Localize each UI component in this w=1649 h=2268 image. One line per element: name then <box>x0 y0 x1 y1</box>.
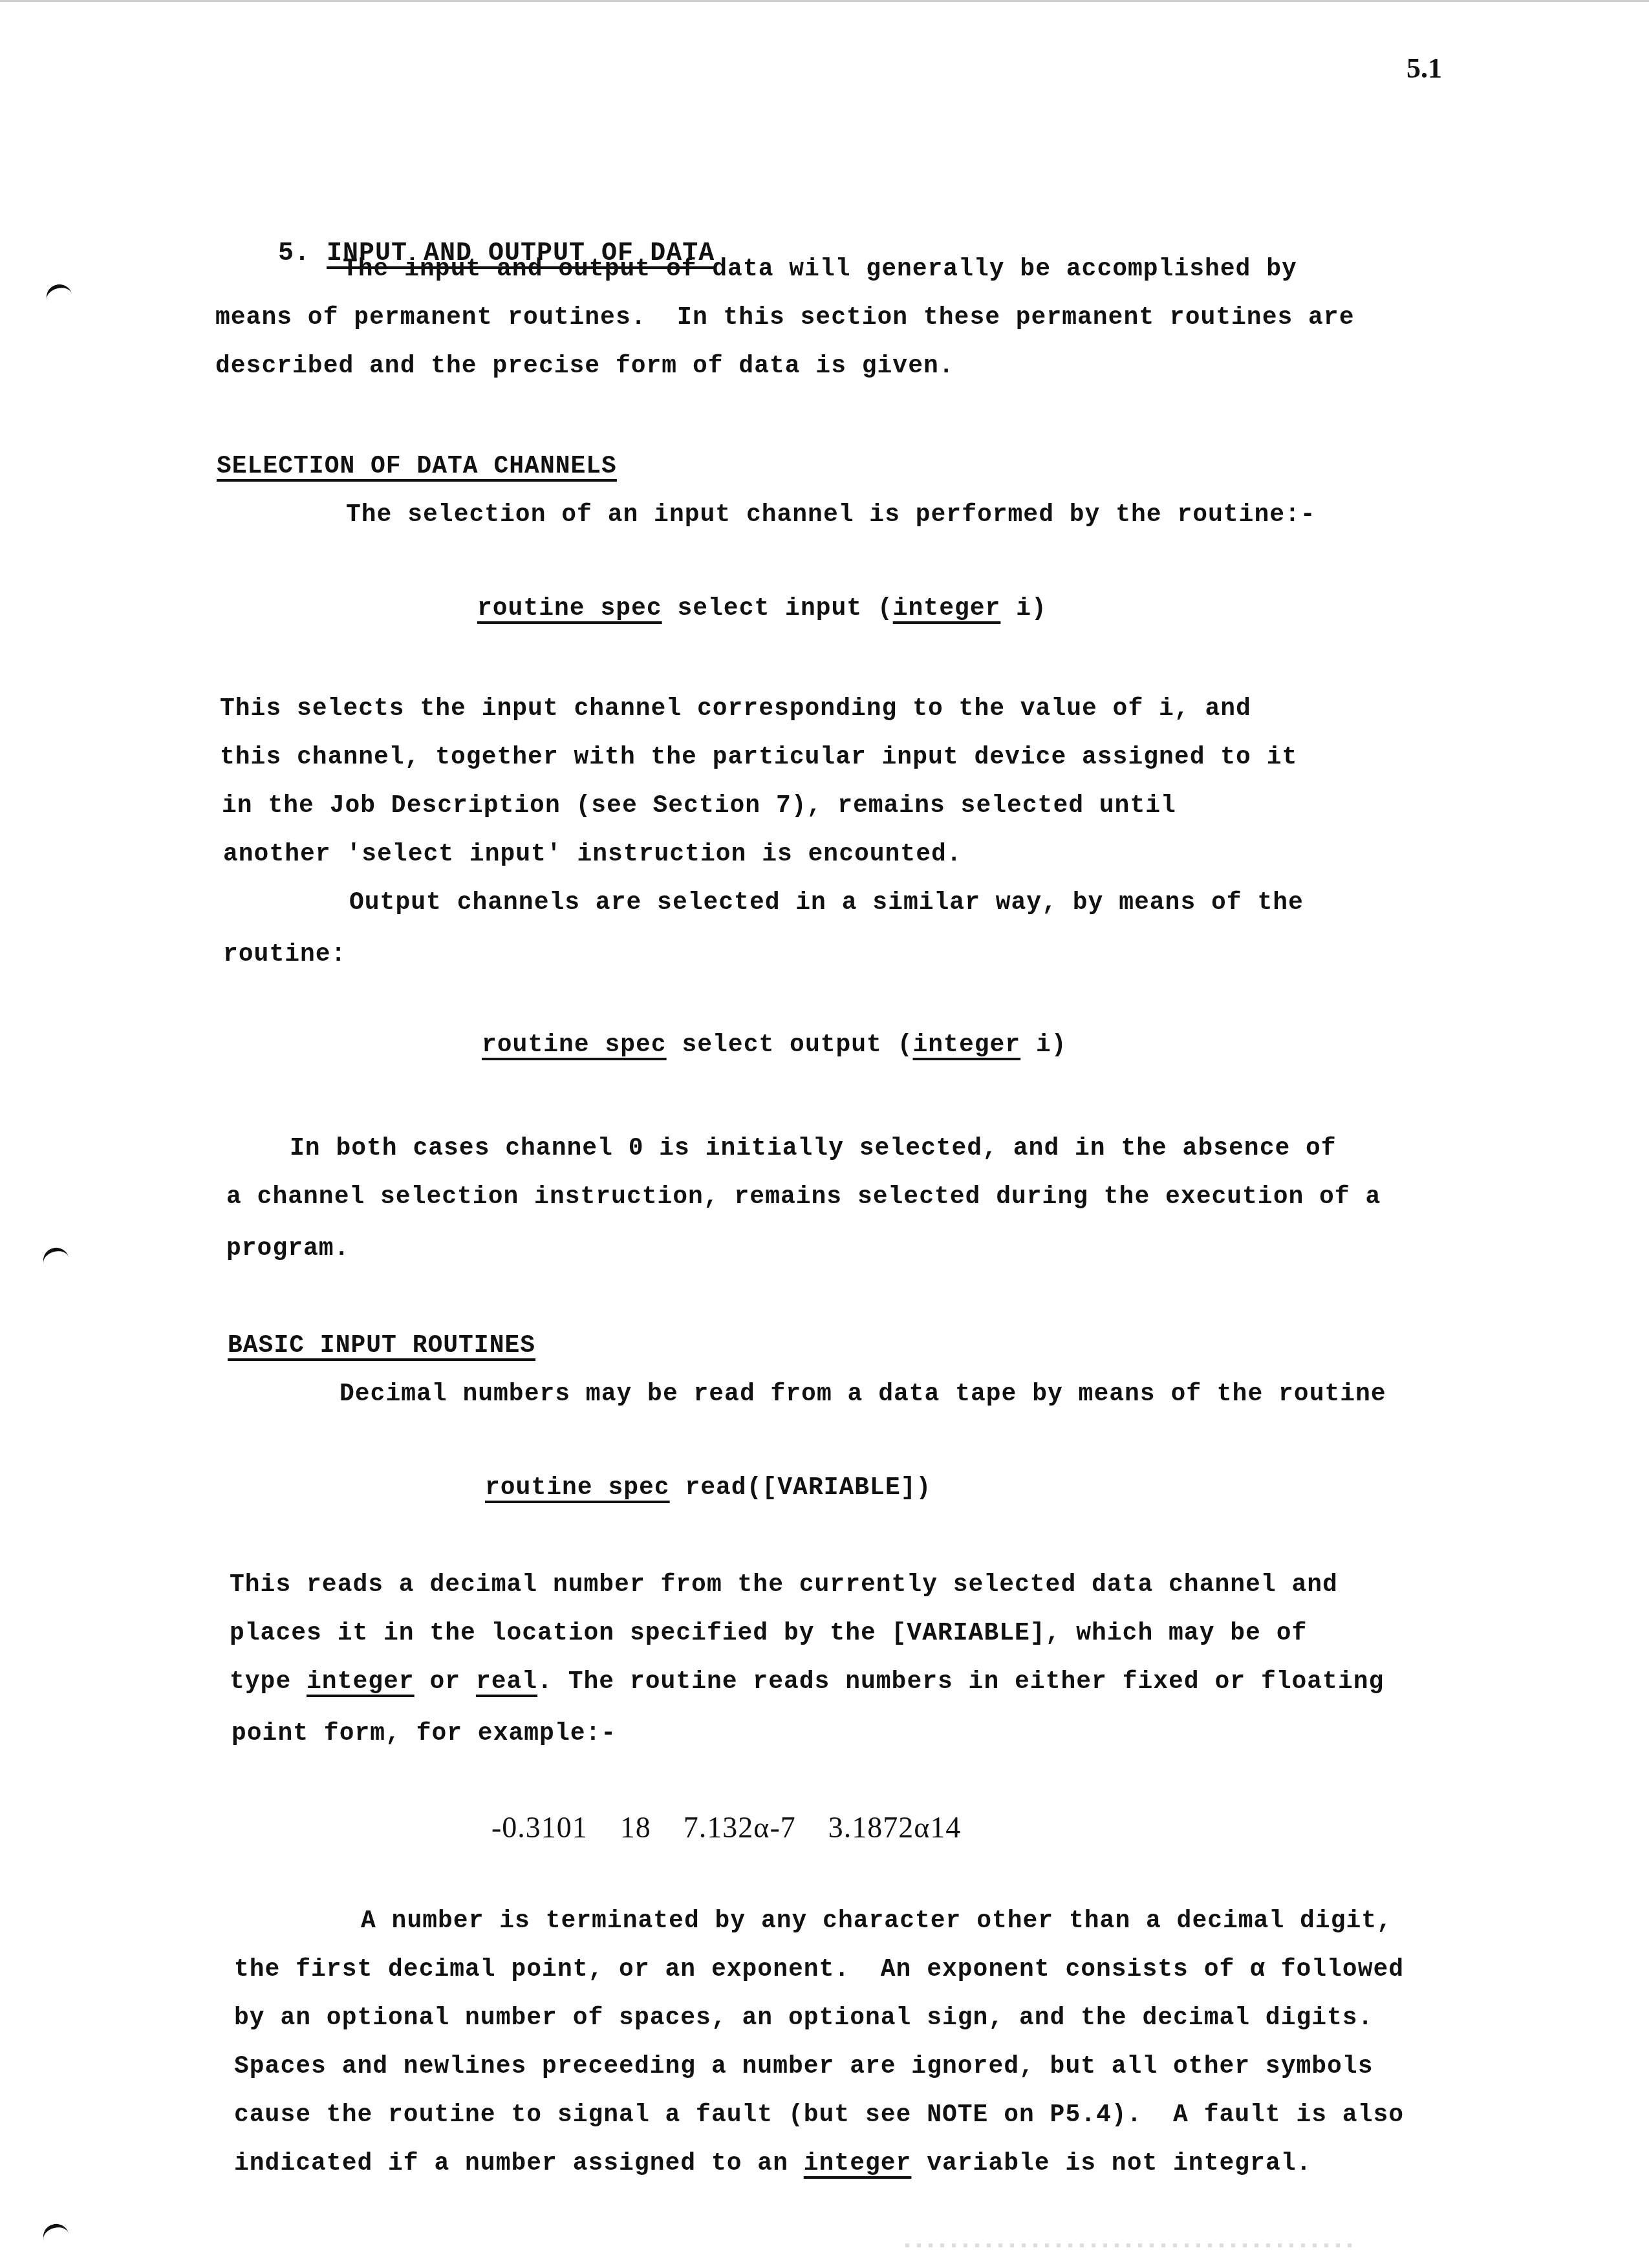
paragraph-line: cause the routine to signal a fault (but… <box>234 2101 1404 2129</box>
routine-spec-select-output: routine spec select output (integer i) <box>482 1031 1067 1059</box>
hole-punch-mark <box>40 2221 69 2243</box>
paragraph-line: another 'select input' instruction is en… <box>223 840 962 868</box>
number-examples: -0.3101 18 7.132α-7 3.1872α14 <box>491 1810 961 1845</box>
paragraph-line: this channel, together with the particul… <box>220 744 1297 771</box>
routine-spec-select-input: routine spec select input (integer i) <box>477 595 1047 623</box>
paragraph-line: the first decimal point, or an exponent.… <box>234 1956 1404 1984</box>
hole-punch-mark <box>40 1245 69 1267</box>
subsection-heading: BASIC INPUT ROUTINES <box>228 1332 535 1360</box>
scan-edge <box>0 0 1649 2</box>
paragraph-line: This selects the input channel correspon… <box>220 695 1251 723</box>
paragraph-line: in the Job Description (see Section 7), … <box>222 792 1176 820</box>
intro-line: described and the precise form of data i… <box>215 352 954 380</box>
scan-artifact <box>905 2243 1358 2247</box>
hole-punch-mark <box>43 281 72 304</box>
subsection-heading: SELECTION OF DATA CHANNELS <box>217 453 617 480</box>
paragraph-line: A number is terminated by any character … <box>361 1907 1392 1935</box>
intro-line: means of permanent routines. In this sec… <box>215 304 1354 332</box>
paragraph-line: point form, for example:- <box>232 1720 616 1748</box>
paragraph-line: This reads a decimal number from the cur… <box>230 1571 1338 1599</box>
document-page: 5.1 5. INPUT AND OUTPUT OF DATA The inpu… <box>0 0 1649 2268</box>
section-number: 5. <box>278 239 310 268</box>
paragraph-line: Spaces and newlines preceeding a number … <box>234 2053 1373 2081</box>
section-heading: 5. INPUT AND OUTPUT OF DATA <box>213 210 715 297</box>
paragraph-line: indicated if a number assigned to an int… <box>234 2150 1311 2177</box>
paragraph-line: program. <box>226 1235 349 1263</box>
paragraph-line: places it in the location specified by t… <box>230 1620 1307 1647</box>
intro-line: The input and output of data will genera… <box>343 255 1297 283</box>
paragraph-line: In both cases channel 0 is initially sel… <box>290 1135 1337 1162</box>
routine-spec-read: routine spec read([VARIABLE]) <box>485 1474 931 1502</box>
paragraph-line: The selection of an input channel is per… <box>346 501 1316 529</box>
paragraph-line: a channel selection instruction, remains… <box>226 1183 1381 1211</box>
paragraph-line: type integer or real. The routine reads … <box>230 1668 1384 1696</box>
paragraph-line: Decimal numbers may be read from a data … <box>339 1380 1386 1408</box>
paragraph-line: by an optional number of spaces, an opti… <box>234 2004 1373 2032</box>
paragraph-line: Output channels are selected in a simila… <box>349 889 1304 917</box>
paragraph-line: routine: <box>223 941 346 968</box>
page-number: 5.1 <box>1406 52 1442 85</box>
